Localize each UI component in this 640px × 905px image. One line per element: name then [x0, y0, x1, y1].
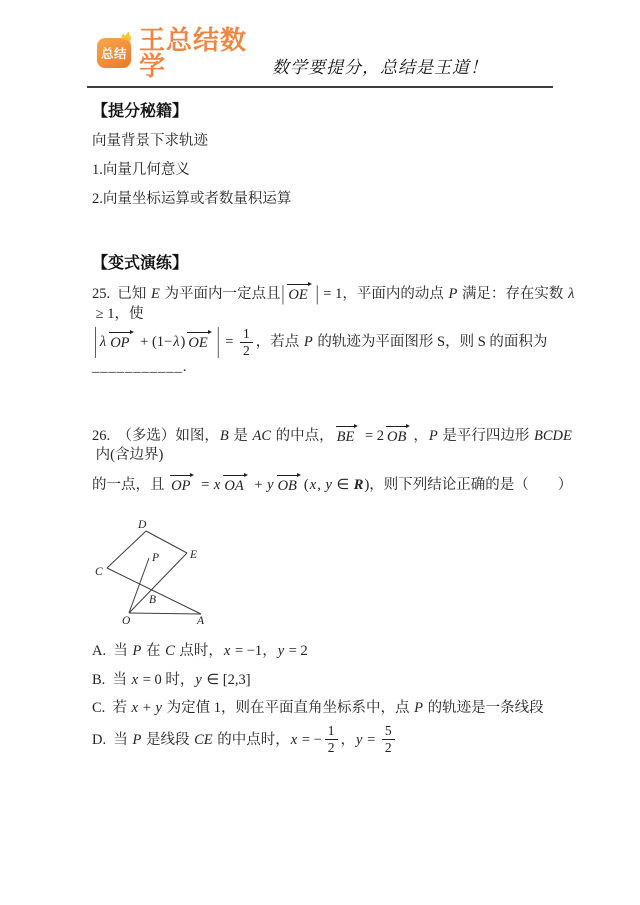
fraction-denominator: 2 [243, 343, 250, 358]
run-cn: 点时， [176, 642, 223, 660]
run-it: P [303, 333, 314, 351]
fraction: 52 [382, 724, 395, 755]
run-it: x [131, 671, 139, 689]
run-cn: 的中点， [272, 427, 334, 445]
run-vec: OP [109, 332, 132, 352]
figure-label-C: C [95, 566, 103, 578]
q26-line-2: 的一点，且 OP = xOA + yOB(x, y ∈ R)，则下列结论正确的是… [92, 475, 580, 495]
brand-icon-label: 总结 [101, 44, 127, 62]
figure-segment-CA [107, 568, 201, 614]
figure-segment-OA [129, 613, 201, 614]
run-it: x [309, 476, 317, 494]
run-m: = [363, 731, 378, 749]
brand-logo: 总结 王总结数学 [97, 27, 272, 79]
run-it: BCDE [533, 427, 573, 445]
fraction: 12 [240, 327, 253, 358]
run-m: + [251, 476, 266, 494]
figure-label-B: B [149, 594, 156, 606]
run-cn: 为定值 1，则在平面直角坐标系中，点 [163, 699, 413, 717]
q26-line-1: 26. （多选）如图，B 是 AC 的中点，BE = 2OB，P 是平行四边形 … [92, 426, 580, 464]
run-it: λ [172, 333, 180, 351]
q26-figure-svg: DECPBOA [94, 511, 216, 629]
fraction-numerator: 1 [240, 327, 253, 343]
run-cn: 26. （多选）如图， [92, 427, 219, 445]
run-it: y [324, 476, 332, 494]
tips-line-2: 1.向量几何意义 [92, 161, 580, 179]
run-m: + (1− [137, 333, 173, 351]
fraction-numerator: 1 [325, 724, 338, 740]
run-m: = − [298, 731, 322, 749]
figure-label-A: A [196, 615, 205, 627]
run-it: y [277, 642, 285, 660]
run-m: C. [92, 699, 105, 717]
brand-icon: 总结 [97, 38, 131, 68]
run-cn: 是 [230, 427, 252, 445]
run-m: ) [181, 333, 186, 351]
run-u: ___________ [92, 358, 183, 376]
fraction-denominator: 2 [328, 740, 335, 755]
run-m: = 2 [361, 427, 384, 445]
run-m: = 2 [285, 642, 308, 660]
run-cn: ，平面内的动点 [342, 285, 447, 303]
run-it: P [447, 285, 458, 303]
run-it: x [131, 699, 139, 717]
run-cn: ， [413, 427, 428, 445]
figure-segment-CD [107, 531, 146, 568]
fraction-numerator: 5 [382, 724, 395, 740]
run-cn: 为平面内一定点且 [161, 285, 281, 303]
brand-slogan: 数学要提分，总结是王道！ [272, 53, 488, 79]
run-bi: R [353, 476, 365, 494]
run-cn: 的轨迹是一条线段 [424, 699, 544, 717]
run-it: λ [99, 333, 107, 351]
run-cn: 是平行四边形 [439, 427, 533, 445]
crown-icon [119, 30, 134, 43]
run-m: = 0 [139, 671, 162, 689]
run-cn: 是线段 [142, 731, 193, 749]
run-it: P [413, 699, 424, 717]
run-it: E [150, 285, 161, 303]
run-m: = −1 [231, 642, 262, 660]
run-m: A. [92, 642, 106, 660]
document-page: 总结 王总结数学 数学要提分，总结是王道！ 【提分秘籍】 向量背景下求轨迹 1.… [0, 0, 640, 905]
run-vec: OP [170, 475, 193, 495]
run-cn: 25. 已知 [92, 285, 150, 303]
run-it: y [194, 671, 202, 689]
run-bar: | [281, 281, 284, 307]
run-vec: OA [223, 475, 246, 495]
fraction-denominator: 2 [385, 740, 392, 755]
run-it: y [355, 731, 363, 749]
run-cn: 在 [142, 642, 164, 660]
header: 总结 王总结数学 数学要提分，总结是王道！ [0, 0, 640, 79]
figure-label-P: P [151, 552, 159, 564]
figure-segment-DE [146, 531, 187, 553]
run-m: ∈ [333, 476, 353, 494]
run-cn: ，若点 [256, 333, 303, 351]
run-m: ≥ 1 [92, 305, 114, 323]
figure-segment-OP [129, 558, 149, 613]
run-it: x [290, 731, 298, 749]
run-it: P [131, 642, 142, 660]
run-m: + [139, 699, 154, 717]
run-m: . [183, 358, 187, 376]
figure-label-E: E [189, 549, 197, 561]
run-bar: | [316, 281, 319, 307]
run-it: P [131, 731, 142, 749]
run-vec: OB [386, 426, 409, 446]
option-d: D. 当 P 是线段 CE 的中点时，x = −12，y = 52 [92, 722, 580, 758]
figure-label-D: D [137, 519, 147, 531]
fraction: 12 [325, 724, 338, 755]
q25-line-1: 25. 已知 E 为平面内一定点且|OE| = 1，平面内的动点 P 满足：存在… [92, 284, 580, 322]
run-cn: 的中点时， [214, 731, 290, 749]
run-it: AC [251, 427, 272, 445]
run-cn: ， [341, 731, 356, 749]
run-cn: 当 [106, 642, 131, 660]
run-vec: OB [277, 475, 300, 495]
run-cn: ，使 [114, 305, 143, 323]
brand-name: 王总结数学 [139, 27, 272, 79]
option-a: A. 当 P 在 C 点时，x = −1，y = 2 [92, 642, 580, 660]
tips-line-3: 2.向量坐标运算或者数量积运算 [92, 190, 580, 208]
run-it: y [266, 476, 274, 494]
run-cn: 的一点，且 [92, 476, 168, 494]
run-it: λ [567, 285, 575, 303]
run-bigbar: | [94, 321, 97, 363]
run-it: P [428, 427, 439, 445]
run-m: = [197, 476, 212, 494]
figure-label-O: O [122, 615, 131, 627]
run-cn: ， [262, 642, 277, 660]
q25-line-2: |λOP + (1−λ)OE| = 12，若点 P 的轨迹为平面图形 S，则 S… [92, 327, 580, 376]
tips-heading: 【提分秘籍】 [92, 98, 580, 121]
run-m: ∈ [2,3] [203, 671, 251, 689]
run-it: B [219, 427, 230, 445]
run-m: = 1 [320, 285, 343, 303]
run-it: x [213, 476, 221, 494]
run-it: x [223, 642, 231, 660]
run-cn: 满足：存在实数 [458, 285, 567, 303]
run-it: y [155, 699, 163, 717]
run-cn: ，则下列结论正确的是（ ） [369, 476, 572, 494]
content: 【提分秘籍】 向量背景下求轨迹 1.向量几何意义 2.向量坐标运算或者数量积运算… [0, 98, 640, 758]
option-b: B. 当 x = 0 时，y ∈ [2,3] [92, 671, 580, 689]
run-cn: 的轨迹为平面图形 S，则 S 的面积为 [314, 333, 548, 351]
header-divider [87, 86, 553, 88]
run-cn: 当 [106, 731, 131, 749]
practice-heading: 【变式演练】 [92, 250, 580, 273]
run-vec: BE [336, 426, 358, 446]
run-it: CE [193, 731, 214, 749]
run-bigbar: | [217, 321, 220, 363]
run-m: , [317, 476, 324, 494]
run-vec: OE [187, 332, 210, 352]
run-cn: 当 [105, 671, 130, 689]
run-vec: OE [287, 284, 310, 304]
run-cn: 内(含边界) [92, 446, 163, 464]
run-cn: 若 [105, 699, 130, 717]
run-m: B. [92, 671, 105, 689]
run-m: D. [92, 731, 106, 749]
run-m: = [222, 333, 237, 351]
run-it: C [164, 642, 176, 660]
option-c: C. 若 x + y 为定值 1，则在平面直角坐标系中，点 P 的轨迹是一条线段 [92, 699, 580, 717]
run-cn: 时， [162, 671, 195, 689]
tips-line-1: 向量背景下求轨迹 [92, 132, 580, 150]
